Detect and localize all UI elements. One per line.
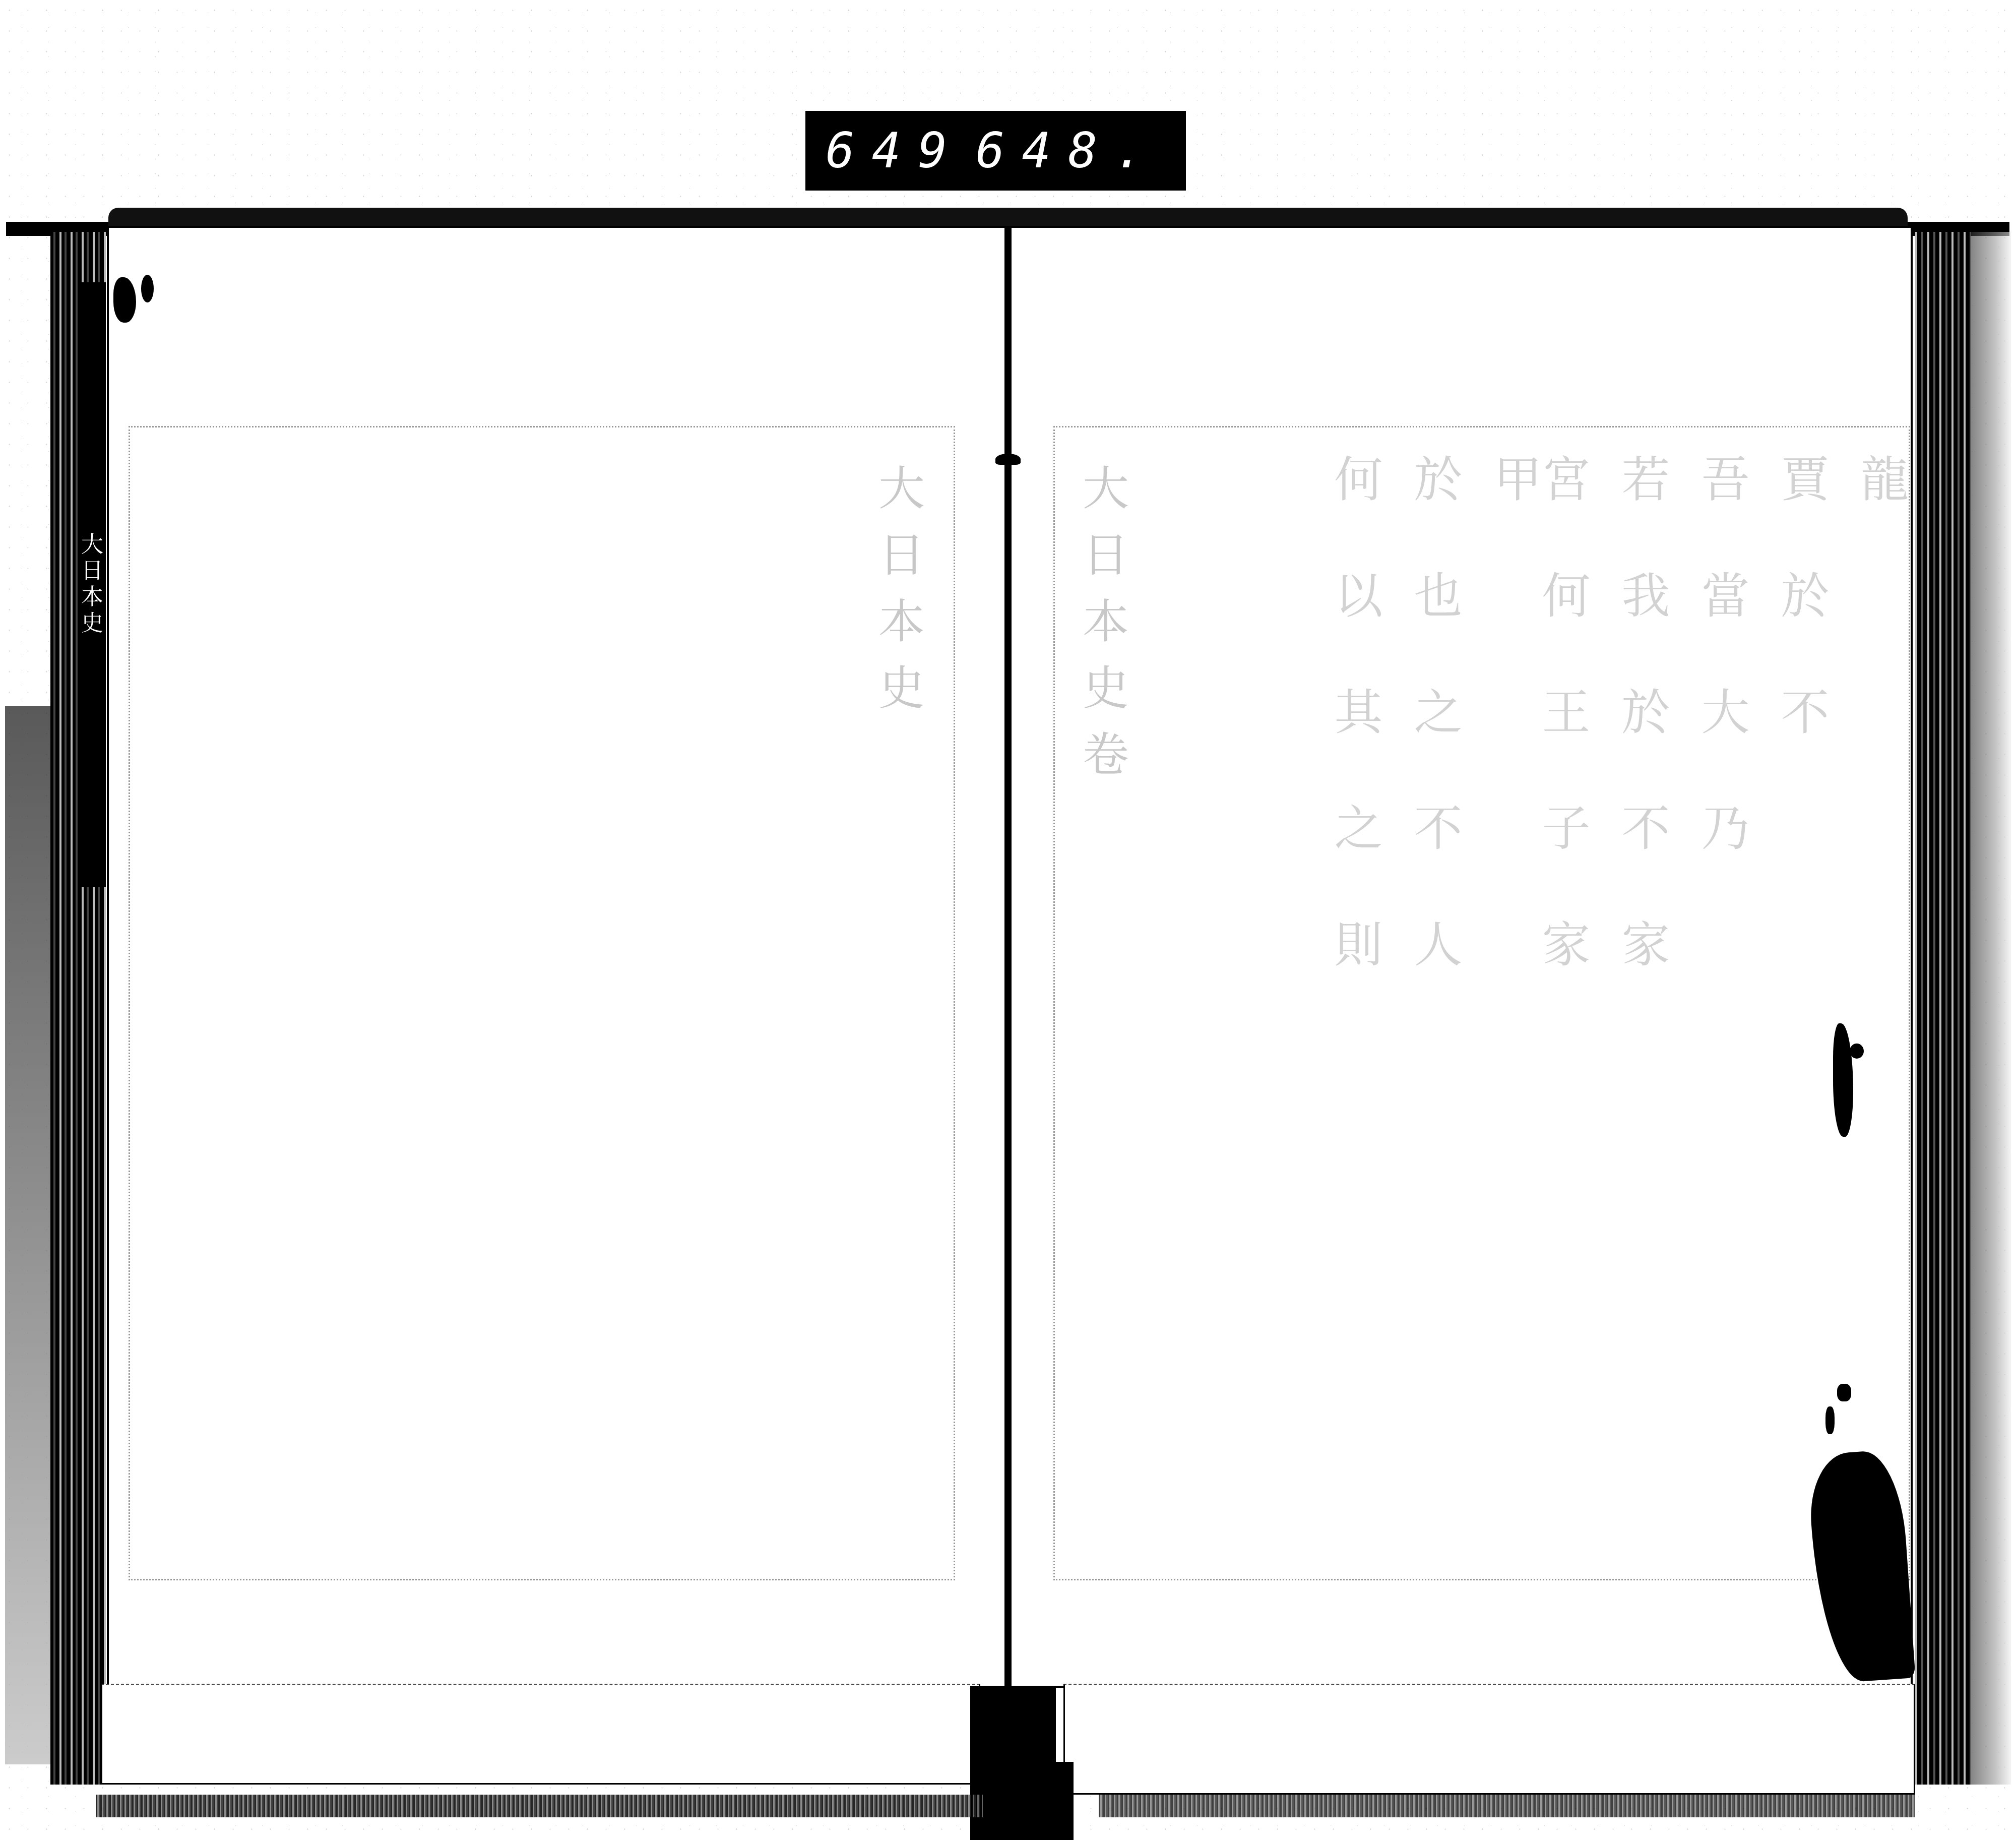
top-edge-left <box>108 208 1016 226</box>
frame-counter: 649 648. <box>805 111 1186 191</box>
frame-number-right: 648. <box>976 122 1161 179</box>
frame-number-left: 649 <box>826 122 964 179</box>
ink-stain <box>141 275 154 302</box>
bottom-edge-left <box>96 1795 983 1817</box>
right-page-body: 龍 賈 於 不 吾 當 大 乃 若 我 於 不 家 宮 何 王 子 家 甲 於 … <box>1310 454 1905 1008</box>
text-column: 何 以 其 之 則 <box>1331 454 1379 1008</box>
page-clip-icon <box>995 454 1021 465</box>
ink-stain <box>1850 1044 1864 1059</box>
text-column: 賈 於 不 <box>1777 454 1825 1008</box>
gutter-base-step <box>1013 1762 1074 1840</box>
text-column: 若 我 於 不 家 <box>1618 454 1666 1008</box>
right-page-header: 大日本史卷 <box>1079 464 1125 796</box>
right-page-stack <box>1915 232 1971 1785</box>
left-shadow <box>5 706 55 1764</box>
text-column: 於 也 之 不 人 <box>1410 454 1459 1008</box>
lower-leaf-left <box>101 1684 980 1785</box>
lower-leaf-right <box>1063 1684 1915 1795</box>
ink-stain <box>1825 1406 1835 1434</box>
text-column: 吾 當 大 乃 <box>1697 454 1746 1008</box>
book-gutter <box>1004 226 1012 1688</box>
ink-stain <box>1837 1384 1851 1401</box>
text-column: 宮 何 王 子 家 甲 <box>1490 454 1587 1008</box>
right-shadow <box>1971 232 2011 1785</box>
spine-label: 大日本史 <box>81 282 106 887</box>
left-text-frame <box>129 426 955 1580</box>
text-column: 龍 <box>1857 454 1905 1008</box>
top-edge-right <box>1000 208 1908 226</box>
bottom-edge-right <box>1099 1795 1915 1817</box>
left-page-header-ghost: 大日本史 <box>874 464 921 730</box>
